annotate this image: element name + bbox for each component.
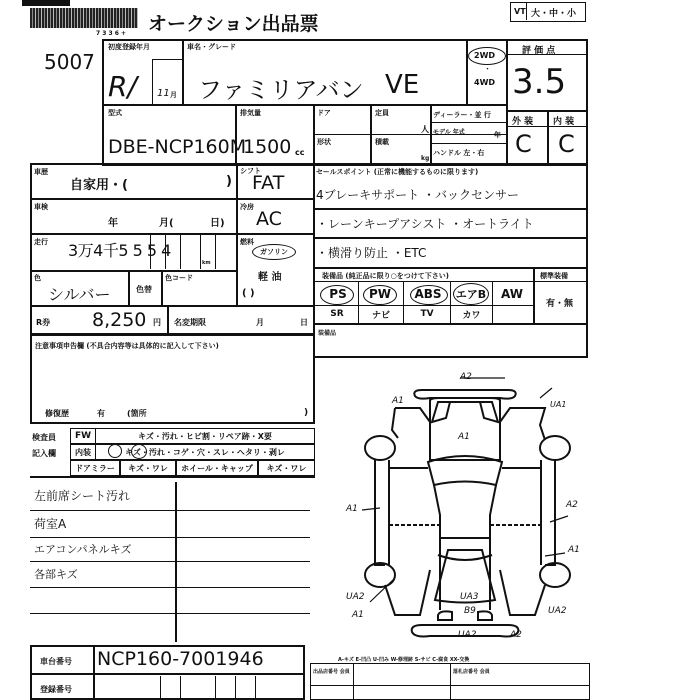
equip-sr: SR (318, 306, 356, 322)
damage-mark-front-left-fender: A1 (392, 396, 404, 406)
insp-interior-head: 内装 (70, 444, 96, 460)
inspection-month-unit: 月( (159, 214, 174, 229)
vehicle-name: ファミリアバン (198, 70, 364, 105)
barcode-top-mark (22, 0, 70, 6)
usage-label: 車歴 (34, 167, 48, 177)
dealer-label: ディーラー・並 行 (433, 110, 491, 120)
damage-mark-front-right-fender: UA1 (550, 400, 566, 409)
circle-airbag (453, 283, 489, 305)
fuel-value: ガソリン (260, 247, 288, 257)
size-class-options: 大・中・小 (531, 6, 576, 19)
recycle-label: R券 (36, 317, 50, 328)
barcode (30, 8, 138, 28)
drive-2wd: 2WD (474, 51, 495, 60)
equipment-label: 装備品 (純正品に限り○をつけて下さい) (322, 271, 449, 281)
damage-mark-rear-bumper-right: A2 (510, 630, 522, 640)
damage-mark-hood: A1 (458, 432, 470, 442)
repair-history-label: 修復歴 (45, 408, 69, 419)
insp-wheel-head: ホイール・キャップ (176, 460, 258, 476)
exhibitor-number-label: 出品店番号 会員 (313, 668, 350, 675)
color-label: 色 (34, 273, 41, 283)
circle-ps (320, 285, 354, 305)
inspector-note-4: 各部キズ (34, 566, 78, 582)
damage-mark-rear-bumper: UA2 (458, 630, 476, 640)
drive-4wd: 4WD (474, 78, 495, 87)
interior-grade: C (558, 130, 575, 158)
mileage-unit: km (202, 260, 211, 266)
standard-equipment-label: 標準装備 (540, 271, 568, 281)
registration-month: 11 (157, 88, 170, 99)
standard-equipment-value: 有・無 (546, 296, 573, 309)
displacement-value: 1500 (243, 136, 291, 158)
inspector-note-3: エアコンパネルキズ (34, 541, 131, 557)
registration-era-year: R/ (108, 70, 137, 103)
insp-interior-row: キズ・汚れ・コゲ・穴・スレ・ヘタリ・剥レ (95, 444, 315, 460)
vehicle-name-label: 車名・グレード (187, 42, 236, 52)
insp-fw-head: FW (70, 428, 96, 444)
registration-month-unit: 月 (170, 90, 177, 100)
size-class-label: VT (514, 7, 526, 16)
notes-label: 注意事項申告欄 (不具合内容等は具体的に記入して下さい) (35, 341, 219, 351)
lot-number: 5007 (44, 50, 95, 74)
insp-mirror-head: ドアミラー (70, 460, 120, 476)
name-change-month: 月 (256, 317, 264, 328)
fuel-paren: ( ) (242, 288, 255, 299)
repair-location: (箇所 (127, 408, 147, 419)
insp-mirror-row: キズ・ワレ (120, 460, 176, 476)
chassis-number: NCP160-7001946 (97, 648, 264, 670)
recycle-value: 8,250 (92, 309, 146, 331)
repair-close: ) (304, 408, 308, 418)
ac-label: 冷房 (240, 202, 254, 212)
usage-close: ) (226, 174, 232, 189)
circle-abs (410, 285, 448, 305)
mileage-value: 3万4千5 5 5 4 (68, 238, 171, 261)
equip-tv: TV (405, 306, 449, 322)
drive-separator: ・ (484, 64, 491, 74)
model-year-label: モデル 年式 (433, 127, 465, 136)
recycle-unit: 円 (153, 317, 161, 328)
displacement-unit: cc (295, 148, 304, 157)
name-change-day: 日 (300, 317, 308, 328)
load-unit: kg (421, 155, 429, 162)
damage-mark-left-doors: A1 (346, 504, 358, 514)
registration-label: 初度登録年月 (108, 42, 150, 52)
circle-pw (363, 285, 397, 305)
inspector-label-top: 検査員 (32, 432, 56, 443)
displacement-label: 排気量 (240, 108, 261, 118)
inspection-day-unit: 日) (210, 214, 225, 229)
damage-mark-rear-right-quarter: UA2 (548, 606, 566, 616)
bidder-number-label: 落札店番号 会員 (453, 668, 490, 675)
inspector-label-bottom: 記入欄 (32, 448, 56, 459)
sales-points-label: セールスポイント (正常に機能するものに限ります) (316, 167, 478, 177)
registration-number-label: 登録番号 (40, 684, 72, 695)
size-class-box: VT 大・中・小 (510, 2, 586, 22)
capacity-label: 定員 (375, 108, 389, 118)
form-title: オークション出品票 (148, 9, 319, 36)
score-value: 3.5 (512, 62, 566, 102)
model-label: 型式 (108, 108, 122, 118)
inspection-year-unit: 年 (108, 214, 118, 229)
insp-wheel-row: キズ・ワレ (258, 460, 315, 476)
usage-value: 自家用・( (70, 174, 128, 193)
damage-mark-front-bumper: A2 (460, 372, 472, 382)
inspector-note-2: 荷室A (34, 515, 66, 532)
capacity-unit: 人 (421, 124, 429, 135)
mileage-label: 走行 (34, 237, 48, 247)
damage-mark-rear-left-quarter-2: A1 (352, 610, 364, 620)
damage-mark-back-door: UA3 (460, 592, 478, 602)
inspector-note-1: 左前席シート汚れ (34, 487, 130, 504)
door-label: ドア (317, 108, 331, 118)
sales-point-line-2: ・レーンキープアシスト ・オートライト (316, 215, 534, 232)
repair-history-value: 有 (97, 408, 105, 419)
fuel-options: 軽 油 (258, 268, 281, 283)
other-equipment-label: 装備品 (318, 328, 336, 337)
damage-mark-rear-right-fender: A1 (568, 545, 580, 555)
insp-fw-row: キズ・汚れ・ヒビ割・リペア跡・X要 (95, 428, 315, 444)
shift-value: FAT (252, 172, 284, 194)
fuel-label: 燃料 (240, 237, 254, 247)
load-label: 積載 (375, 137, 389, 147)
inspection-label: 車検 (34, 202, 48, 212)
equip-aw: AW (494, 283, 530, 305)
ac-value: AC (256, 208, 282, 230)
model-code: DBE-NCP160M (108, 136, 246, 158)
color-code-label: 色コード (165, 273, 193, 283)
handle-label: ハンドル 左・右 (433, 148, 484, 158)
name-change-label: 名変期限 (174, 317, 206, 328)
circle-interior-stain (131, 444, 147, 459)
damage-mark-right-doors: A2 (566, 500, 578, 510)
chassis-label: 車台番号 (40, 656, 72, 667)
damage-mark-rear-left-quarter: UA2 (346, 592, 364, 602)
model-year-unit: 年 (494, 130, 501, 140)
damage-legend: A-キズ E-凹凸 U-凹み W-修理跡 S-サビ C-腐食 XX-交換 (338, 656, 469, 663)
circle-interior-dirt (108, 444, 122, 458)
exterior-grade: C (515, 130, 532, 158)
sales-point-line-1: 4ブレーキサポート ・バックセンサー (316, 186, 519, 203)
color-change-label: 色替 (136, 284, 152, 295)
equip-leather: カワ (452, 306, 491, 322)
damage-mark-back-door-2: B9 (464, 606, 476, 616)
color-value: シルバー (48, 282, 110, 305)
vehicle-grade: VE (385, 70, 419, 100)
shape-label: 形状 (317, 137, 331, 147)
sales-point-line-3: ・横滑り防止 ・ETC (316, 244, 426, 261)
equip-navi: ナビ (360, 306, 402, 322)
barcode-caption: 7 3 3 6 + (96, 30, 126, 37)
